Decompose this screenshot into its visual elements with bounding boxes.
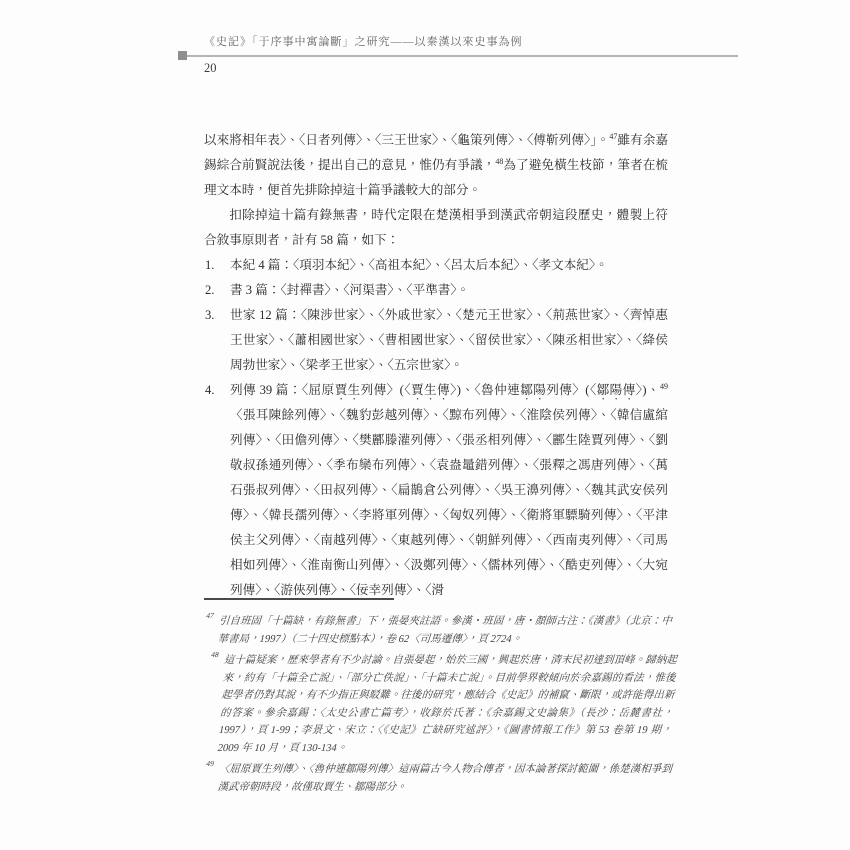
footnote-number: 48: [211, 651, 219, 659]
list-number: 4.: [205, 378, 214, 403]
list-number: 1.: [205, 253, 214, 278]
header-rule: [184, 55, 738, 57]
list-item-shijia: 3. 世家 12 篇：〈陳涉世家〉、〈外戚世家〉、〈楚元王世家〉、〈荊燕世家〉、…: [204, 303, 668, 378]
footnote-number: 47: [206, 612, 214, 620]
list-item-shu: 2. 書 3 篇：〈封禪書〉、〈河渠書〉、〈平準書〉。: [204, 278, 668, 303]
footnote-reference: 47: [609, 132, 617, 141]
list-item-benji: 1. 本紀 4 篇：〈項羽本紀〉、〈高祖本紀〉、〈呂太后本紀〉、〈孝文本紀〉。: [204, 253, 668, 278]
list-number: 2.: [205, 278, 214, 303]
footnotes-section: 47引自班固「十篇缺，有錄無書」下，張晏夾註語。參漢・班固，唐・顏師古注：《漢書…: [204, 598, 670, 800]
list-text: 列傳 39 篇：〈屈原賈生列傳〉(〈賈生傳〉)、〈魯仲連鄒陽列傳〉(〈鄒陽傳〉)…: [230, 383, 668, 597]
emphasized-text: 鄒陽: [520, 383, 546, 397]
footnote-47: 47引自班固「十篇缺，有錄無書」下，張晏夾註語。參漢・班固，唐・顏師古注：《漢書…: [204, 613, 672, 648]
footnote-separator-rule: [204, 598, 394, 600]
paragraph-intro: 扣除掉這十篇有錄無書，時代定限在楚漢相爭到漢武帝朝這段歷史，體製上符合敘事原則者…: [204, 203, 668, 253]
footnote-text: 引自班固「十篇缺，有錄無書」下，張晏夾註語。參漢・班固，唐・顏師古注：《漢書》（…: [217, 616, 672, 645]
footnote-text: 這十篇疑案，歷來學者有不少討論。自張晏起，始於三國，興起於唐，清末民初達到頂峰。…: [217, 655, 677, 754]
footnote-number: 49: [206, 760, 214, 768]
footnote-48: 48這十篇疑案，歷來學者有不少討論。自張晏起，始於三國，興起於唐，清末民初達到頂…: [204, 652, 677, 758]
footnote-49: 49〈屈原賈生列傳〉、〈魯仲連鄒陽列傳〉這兩篇古今人物合傳者，因本論著探討範圍，…: [204, 761, 672, 796]
document-page: 《史記》「于序事中寓論斷」之研究——以秦漢以來史事為例 20 以來將相年表〉、〈…: [0, 0, 850, 850]
header-rule-square: [178, 51, 187, 60]
paragraph-continuation: 以來將相年表〉、〈日者列傳〉、〈三王世家〉、〈龜策列傳〉、〈傅靳列傳〉」。47雖…: [204, 128, 668, 203]
list-number: 3.: [205, 303, 214, 328]
list-text: 本紀 4 篇：〈項羽本紀〉、〈高祖本紀〉、〈呂太后本紀〉、〈孝文本紀〉。: [230, 258, 608, 272]
emphasized-text: 鄒陽傳: [597, 383, 636, 397]
page-number: 20: [204, 61, 217, 76]
emphasized-text: 賈生: [335, 383, 361, 397]
footnote-reference: 49: [660, 382, 668, 391]
list-item-liezhuan: 4. 列傳 39 篇：〈屈原賈生列傳〉(〈賈生傳〉)、〈魯仲連鄒陽列傳〉(〈鄒陽…: [204, 378, 668, 603]
footnote-text: 〈屈原賈生列傳〉、〈魯仲連鄒陽列傳〉這兩篇古今人物合傳者，因本論著探討範圍，係楚…: [217, 764, 672, 793]
footnote-reference: 48: [495, 157, 503, 166]
list-text: 書 3 篇：〈封禪書〉、〈河渠書〉、〈平準書〉。: [230, 283, 469, 297]
list-text: 世家 12 篇：〈陳涉世家〉、〈外戚世家〉、〈楚元王世家〉、〈荊燕世家〉、〈齊悼…: [230, 308, 668, 372]
body-text: 以來將相年表〉、〈日者列傳〉、〈三王世家〉、〈龜策列傳〉、〈傅靳列傳〉」。47雖…: [204, 128, 668, 603]
numbered-list: 1. 本紀 4 篇：〈項羽本紀〉、〈高祖本紀〉、〈呂太后本紀〉、〈孝文本紀〉。 …: [204, 253, 668, 603]
emphasized-text: 賈生傳: [411, 383, 450, 397]
running-header-title: 《史記》「于序事中寓論斷」之研究——以秦漢以來史事為例: [204, 33, 764, 49]
